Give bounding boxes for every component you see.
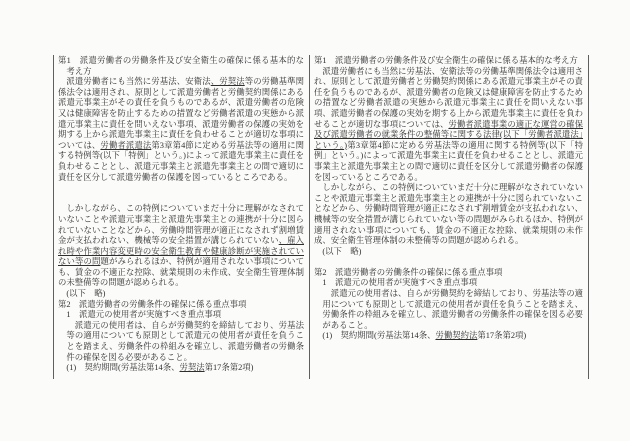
text-run: 第17条第2項): [205, 363, 254, 372]
item-1-1-heading: (1) 契約期間(労基法第14条、労契法第17条第2項): [58, 363, 304, 374]
underlined-changed-text: 労働契約法: [435, 331, 477, 340]
underlined-changed-text: 労働者派遣法: [100, 141, 151, 150]
section-1-paragraph-1: 派遣労働者にも当然に労基法、安衛法等の労働基準関係法令は適用され、原則として派遣…: [314, 67, 583, 184]
text-run: 第2 派遣労働者の労働条件の確保に係る重点事項: [314, 268, 502, 277]
text-run: (以下 略): [322, 247, 361, 256]
text-run: 第17条第2項): [477, 331, 526, 340]
text-run: (1) 契約期間(労基法第14条、: [66, 363, 179, 372]
text-run: しかしながら、この特例についていまだ十分に理解がなされていないことや派遣元事業主…: [58, 204, 304, 245]
item-1-heading: 1 派遣元の使用者が実施すべき重点事項: [314, 278, 583, 289]
document-page: 第1 派遣労働者の労働条件及び安全衛生の確保に係る基本的な考え方派遣労働者にも当…: [0, 0, 630, 441]
section-1-heading: 第1 派遣労働者の労働条件及び安全衛生の確保に係る基本的な考え方: [314, 56, 583, 67]
comparison-table: 第1 派遣労働者の労働条件及び安全衛生の確保に係る基本的な考え方派遣労働者にも当…: [53, 55, 589, 379]
underlined-changed-text: 、労契法: [211, 77, 245, 86]
section-2-heading: 第2 派遣労働者の労働条件の確保に係る重点事項: [58, 300, 304, 311]
text-run: (1) 契約期間(労基法第14条、: [322, 331, 435, 340]
text-run: 1 派遣元の使用者が実施すべき重点事項: [66, 310, 221, 319]
text-run: 第2 派遣労働者の労働条件の確保に係る重点事項: [58, 300, 246, 309]
text-run: 等の労働基準関係法令は適用され、原則として派遣労働者と労働契約関係にある派遣元事…: [58, 77, 304, 150]
text-run: 第1 派遣労働者の労働条件及び安全衛生の確保に係る基本的な考え方: [58, 56, 304, 76]
text-run: 派遣元の使用者は、自らが労働契約を締結しており、労基法等の適用についても原則とし…: [322, 289, 583, 330]
section-1-heading: 第1 派遣労働者の労働条件及び安全衛生の確保に係る基本的な考え方: [58, 56, 304, 77]
text-run: (以下 略): [66, 289, 105, 298]
section-2-heading: 第2 派遣労働者の労働条件の確保に係る重点事項: [314, 268, 583, 279]
text-run: 1 派遣元の使用者が実施すべき重点事項: [322, 278, 477, 287]
text-run: 第3章第4節に定める労基法等の適用に関する特例等(以下「特例」という。)によって…: [314, 141, 583, 182]
underlined-changed-text: 労契法: [179, 363, 204, 372]
left-column-amended-text: 第1 派遣労働者の労働条件及び安全衛生の確保に係る基本的な考え方派遣労働者にも当…: [53, 55, 310, 379]
text-run: 派遣元の使用者は、自らが労働契約を締結しており、労基法等の適用についても原則とし…: [66, 321, 304, 362]
text-run: 派遣労働者にも当然に労基法、安衛法: [66, 77, 210, 86]
text-run: しかしながら、この特例についていまだ十分に理解がなされていないことや派遣元事業主…: [314, 183, 583, 245]
blank-lines: [58, 183, 304, 204]
text-run: 第1 派遣労働者の労働条件及び安全衛生の確保に係る基本的な考え方: [314, 56, 578, 65]
omission-note: (以下 略): [58, 289, 304, 300]
right-column-original-text: 第1 派遣労働者の労働条件及び安全衛生の確保に係る基本的な考え方派遣労働者にも当…: [310, 55, 589, 379]
item-1-heading: 1 派遣元の使用者が実施すべき重点事項: [58, 310, 304, 321]
omission-note: (以下 略): [314, 247, 583, 258]
item-1-paragraph: 派遣元の使用者は、自らが労働契約を締結しており、労基法等の適用についても原則とし…: [58, 321, 304, 363]
item-1-1-heading: (1) 契約期間(労基法第14条、労働契約法第17条第2項): [314, 331, 583, 342]
section-1-paragraph-1: 派遣労働者にも当然に労基法、安衛法、労契法等の労働基準関係法令は適用され、原則と…: [58, 77, 304, 183]
section-1-paragraph-2: しかしながら、この特例についていまだ十分に理解がなされていないことや派遣元事業主…: [58, 204, 304, 289]
section-1-paragraph-2: しかしながら、この特例についていまだ十分に理解がなされていないことや派遣元事業主…: [314, 183, 583, 247]
blank-line: [314, 257, 583, 268]
item-1-paragraph: 派遣元の使用者は、自らが労働契約を締結しており、労基法等の適用についても原則とし…: [314, 289, 583, 331]
